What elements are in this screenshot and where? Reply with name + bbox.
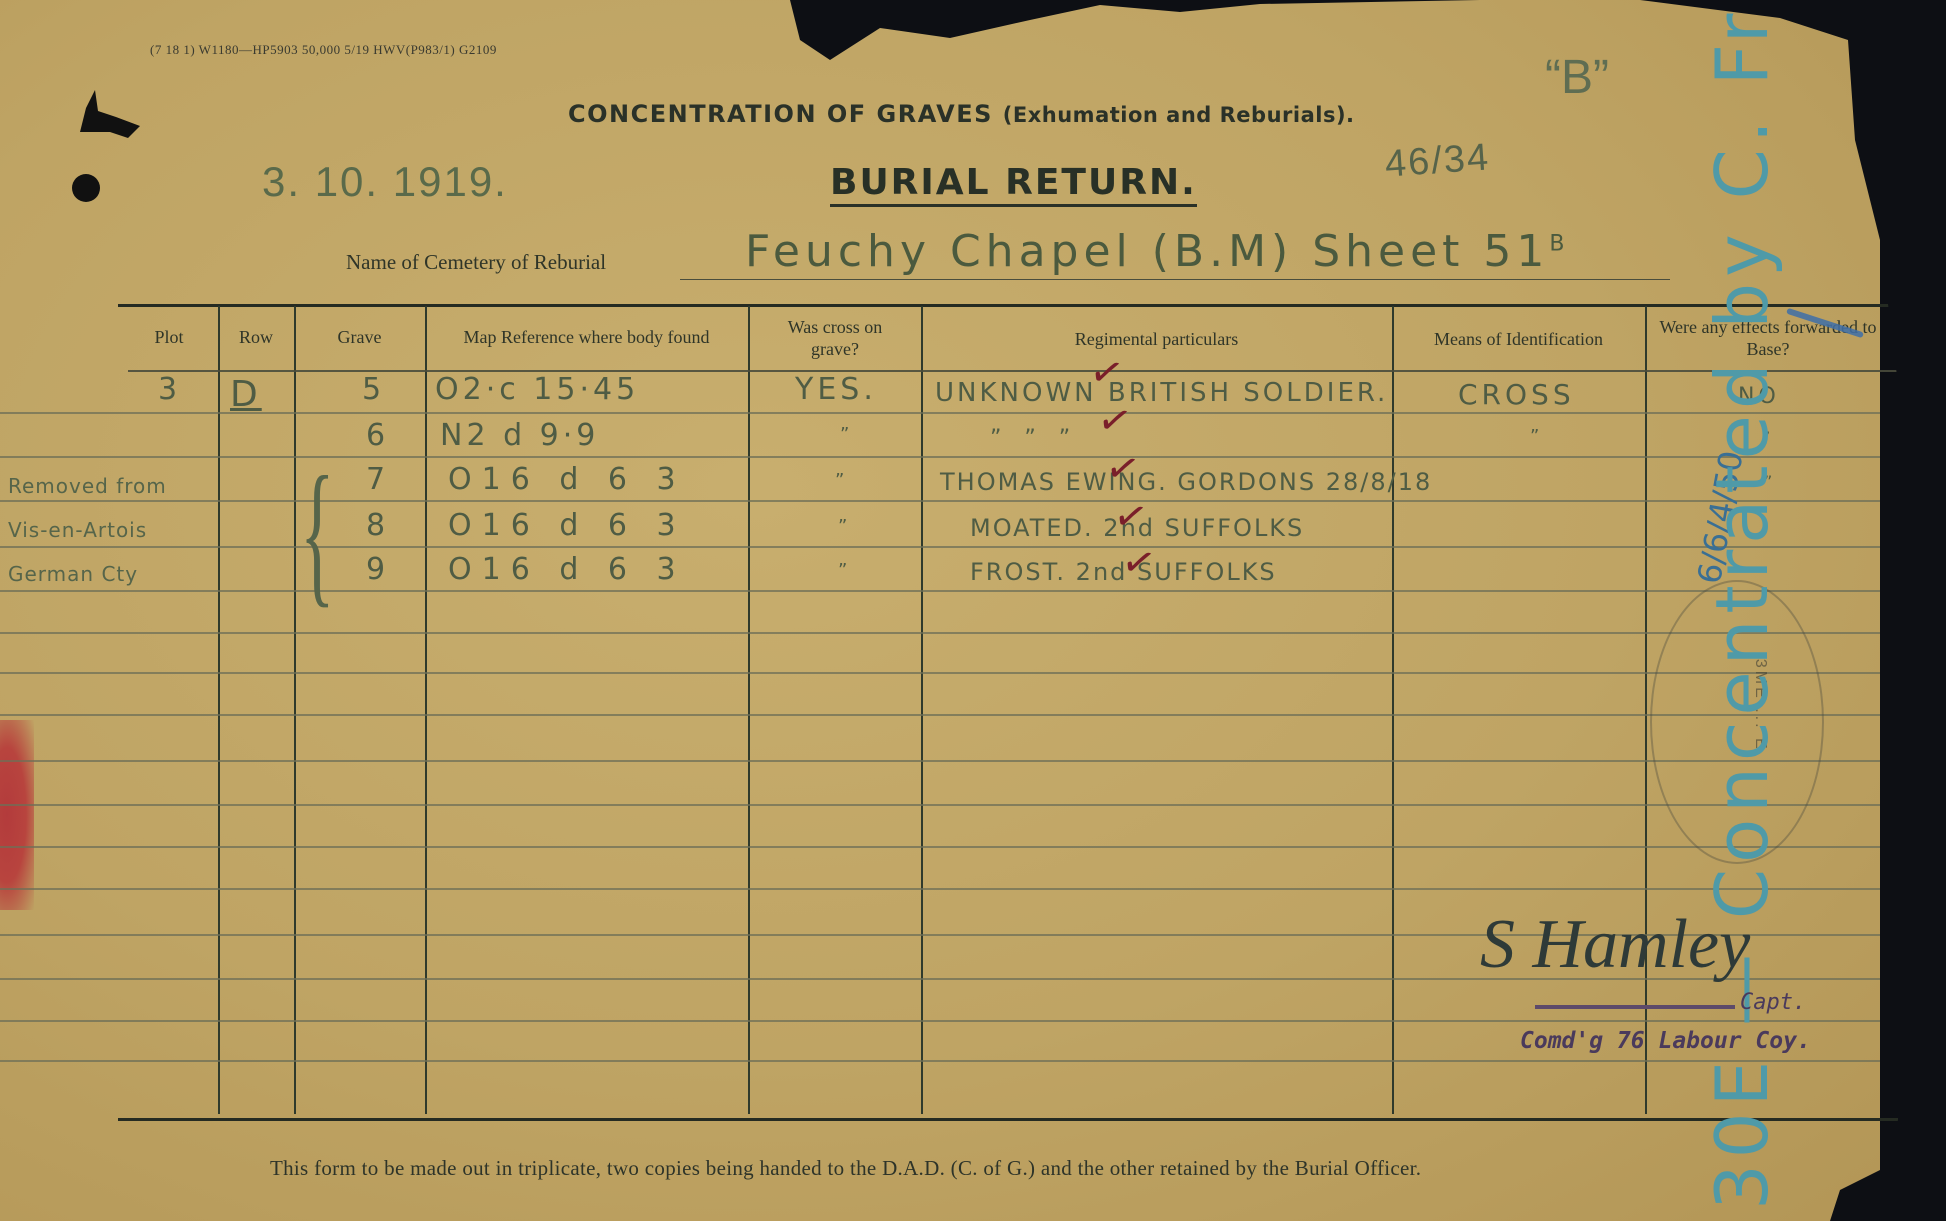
cell-cross: ” <box>840 424 853 445</box>
row-line <box>0 590 1880 592</box>
officer-rank: Capt. <box>1740 990 1806 1015</box>
cell-identification: ” <box>1530 426 1543 447</box>
side-note-line: Removed from <box>8 474 167 498</box>
row-line <box>0 546 1880 548</box>
side-note-line: German Cty <box>8 562 138 586</box>
cell-map-ref: O16 d 6 3 <box>448 508 686 543</box>
header-identification: Means of Identification <box>1392 328 1645 350</box>
print-code: (7 18 1) W1180—HP5903 50,000 5/19 HWV(P9… <box>150 42 497 58</box>
cell-cross: ” <box>835 470 848 491</box>
burial-return-form: (7 18 1) W1180—HP5903 50,000 5/19 HWV(P9… <box>0 0 1880 1221</box>
header-rule <box>128 370 1898 372</box>
row-line <box>0 632 1880 634</box>
header-row: Row <box>218 326 294 348</box>
column-divider <box>748 306 750 1114</box>
header-map-reference: Map Reference where body found <box>425 326 748 348</box>
red-stain <box>0 720 34 910</box>
row-line <box>0 804 1880 806</box>
page-heading: BURIAL RETURN. <box>830 162 1197 207</box>
row-line <box>0 888 1880 890</box>
row-line <box>0 846 1880 848</box>
column-divider <box>218 306 220 1114</box>
row-line <box>0 1060 1880 1062</box>
cell-map-ref: N2 d 9·9 <box>440 418 599 453</box>
column-divider <box>1392 306 1394 1114</box>
row-line <box>0 412 1880 414</box>
column-divider <box>1645 306 1647 1114</box>
form-title-sub: (Exhumation and Reburials). <box>1003 103 1355 127</box>
cell-cross: ” <box>838 560 851 581</box>
cell-grave: 7 <box>366 462 389 497</box>
cell-cross: YES. <box>795 372 877 407</box>
form-title: CONCENTRATION OF GRAVES (Exhumation and … <box>568 100 1355 128</box>
column-divider <box>294 306 296 1114</box>
unit-stamp: Comd'g 76 Labour Coy. <box>1520 1028 1811 1054</box>
table-bottom-rule <box>118 1118 1898 1121</box>
ink-blot <box>80 90 140 150</box>
brace-icon: { <box>300 452 335 612</box>
cell-grave: 8 <box>366 508 389 543</box>
column-divider <box>425 306 427 1114</box>
cell-map-ref: O16 d 6 3 <box>448 462 686 497</box>
row-line <box>0 714 1880 716</box>
row-line <box>0 760 1880 762</box>
row-line <box>0 1020 1880 1022</box>
cell-map-ref: O2·c 15·45 <box>435 372 639 407</box>
cell-grave: 6 <box>366 418 389 453</box>
cell-grave: 9 <box>366 552 389 587</box>
punch-hole <box>72 174 100 202</box>
row-line <box>0 672 1880 674</box>
row-line <box>0 456 1880 458</box>
cell-identification: CROSS <box>1458 378 1575 411</box>
cemetery-label: Name of Cemetery of Reburial <box>346 250 606 275</box>
form-title-main: CONCENTRATION OF GRAVES <box>568 100 993 128</box>
cemetery-name: Feuchy Chapel (B.M) Sheet 51B <box>745 226 1569 277</box>
cell-particulars: UNKNOWN BRITISH SOLDIER. <box>935 378 1388 408</box>
officer-signature: S Hamley <box>1480 905 1750 985</box>
schedule-letter: “B” <box>1545 50 1609 105</box>
column-divider <box>921 306 923 1114</box>
cemetery-underline <box>680 279 1670 280</box>
row-line <box>0 500 1880 502</box>
header-plot: Plot <box>120 326 218 348</box>
cell-particulars: THOMAS EWING. GORDONS 28/8/18 <box>940 468 1432 496</box>
cell-map-ref: O16 d 6 3 <box>448 552 686 587</box>
header-cross-on-grave: Was cross on grave? <box>770 316 900 360</box>
header-regimental-particulars: Regimental particulars <box>921 328 1392 350</box>
header-grave: Grave <box>294 326 425 348</box>
cell-grave: 5 <box>362 372 385 407</box>
handwritten-date: 3. 10. 1919. <box>262 158 508 206</box>
cell-row: D <box>230 374 262 415</box>
side-note-line: Vis-en-Artois <box>8 518 147 542</box>
reference-number: 46/34 <box>1384 136 1492 186</box>
footer-instruction: This form to be made out in triplicate, … <box>270 1156 1421 1181</box>
cell-particulars: ” ” ” <box>990 426 1078 451</box>
cell-cross: ” <box>838 516 851 537</box>
signature-line <box>1535 1005 1735 1009</box>
cell-plot: 3 <box>158 372 181 407</box>
table-top-rule <box>118 304 1898 307</box>
